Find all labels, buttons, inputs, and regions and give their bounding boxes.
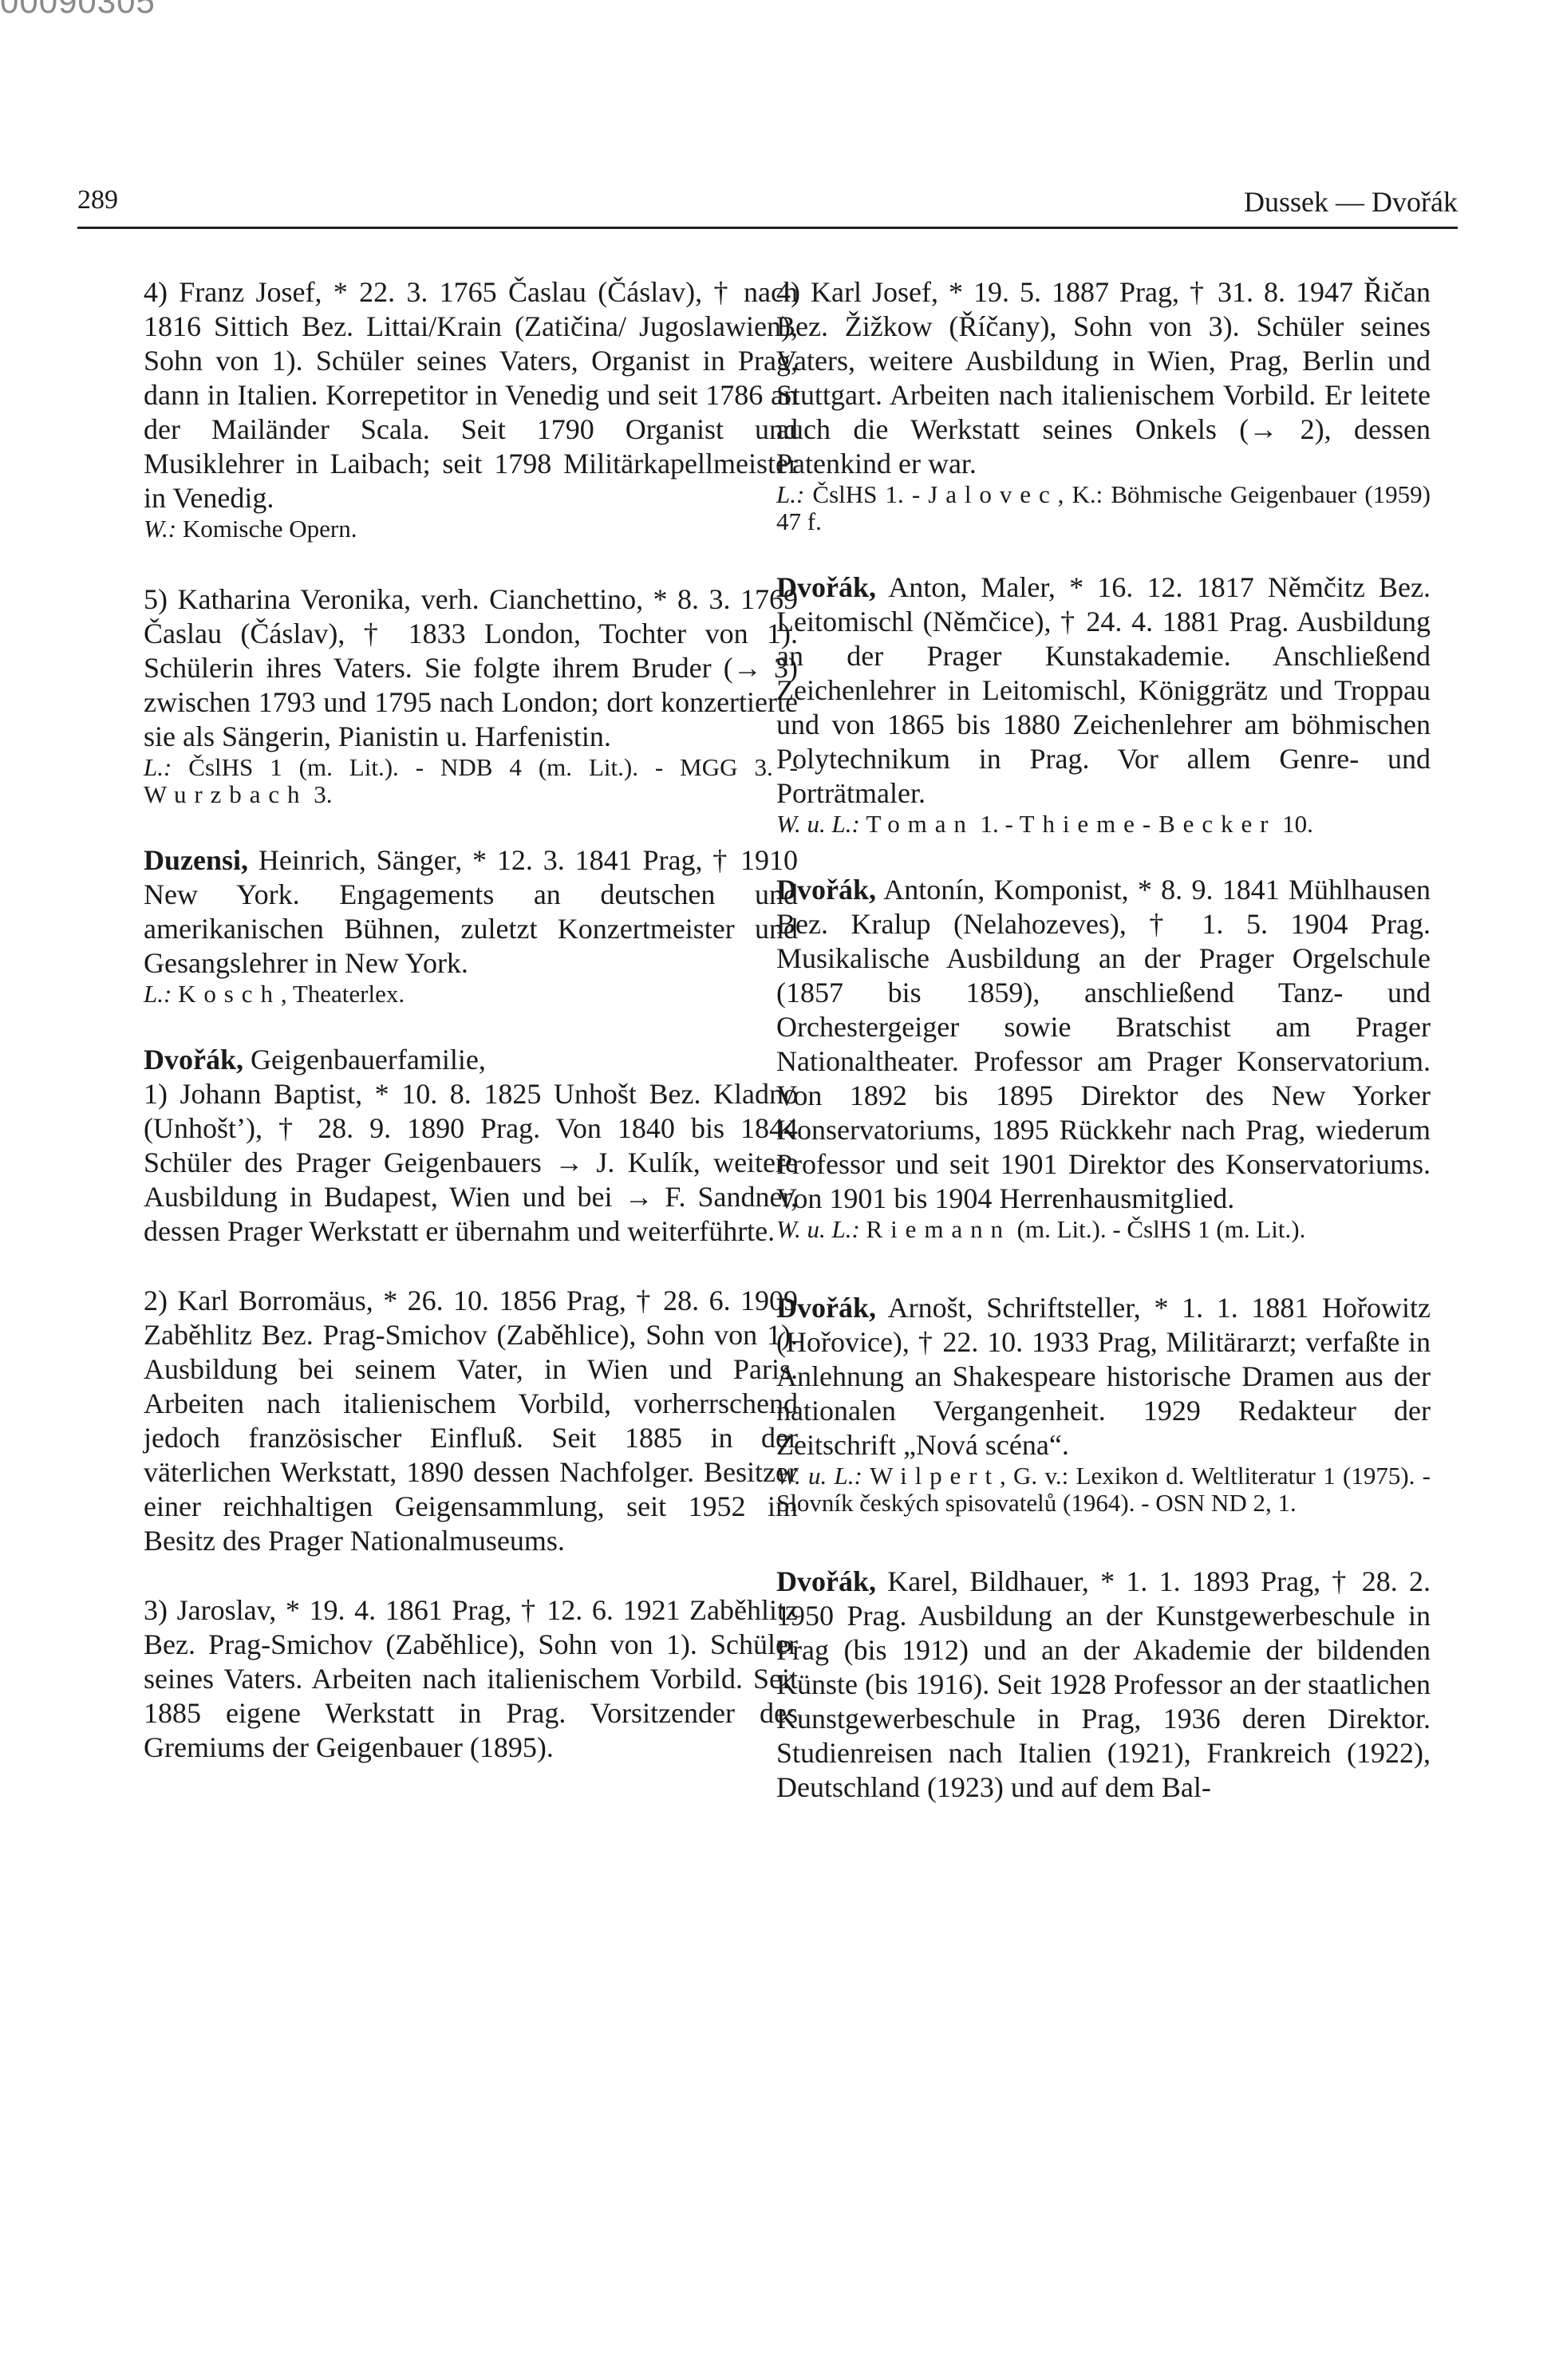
entry-jaroslav: 3) Jaroslav, * 19. 4. 1861 Prag, † 12. 6… <box>144 1593 798 1765</box>
entry-references: W. u. L.: Wilpert, G. v.: Lexikon d. Wel… <box>776 1462 1431 1517</box>
entry-text: 1) Johann Baptist, * 10. 8. 1825 Unhošt … <box>144 1077 798 1249</box>
entry-references: L.: Kosch, Theaterlex. <box>144 981 798 1008</box>
entry-text: Dvořák, Arnošt, Schriftsteller, * 1. 1. … <box>776 1291 1431 1462</box>
entry-references: W.: Komische Opern. <box>144 515 798 543</box>
right-column: 4) Karl Josef, * 19. 5. 1887 Prag, † 31.… <box>776 275 1431 1825</box>
entry-dvorak-family: Dvořák, Geigenbauerfamilie, 1) Johann Ba… <box>144 1043 798 1249</box>
entry-arnost-dvorak: Dvořák, Arnošt, Schriftsteller, * 1. 1. … <box>776 1291 1431 1517</box>
page-header: 289 Dussek — Dvořák <box>77 185 1458 229</box>
entry-references: W. u. L.: Riemann (m. Lit.). - ČslHS 1 (… <box>776 1216 1431 1243</box>
entry-anton-dvorak: Dvořák, Anton, Maler, * 16. 12. 1817 Něm… <box>776 570 1431 838</box>
entry-references: L.: ČslHS 1. - Jalovec, K.: Böhmische Ge… <box>776 481 1431 535</box>
entry-antonin-dvorak: Dvořák, Antonín, Komponist, * 8. 9. 1841… <box>776 873 1431 1243</box>
entry-karel-dvorak: Dvořák, Karel, Bildhauer, * 1. 1. 1893 P… <box>776 1565 1431 1805</box>
entry-text: 5) Katharina Veronika, verh. Cianchettin… <box>144 582 798 754</box>
entry-references: W. u. L.: Toman 1. - Thieme-Becker 10. <box>776 811 1431 838</box>
entry-katharina-veronika: 5) Katharina Veronika, verh. Cianchettin… <box>144 582 798 808</box>
left-column: 4) Franz Josef, * 22. 3. 1765 Časlau (Čá… <box>144 275 798 1786</box>
entry-karl-borromaeus: 2) Karl Borromäus, * 26. 10. 1856 Prag, … <box>144 1284 798 1558</box>
entry-karl-josef: 4) Karl Josef, * 19. 5. 1887 Prag, † 31.… <box>776 275 1431 535</box>
entry-text: Dvořák, Anton, Maler, * 16. 12. 1817 Něm… <box>776 570 1431 811</box>
entry-franz-josef: 4) Franz Josef, * 22. 3. 1765 Časlau (Čá… <box>144 275 798 543</box>
entry-text: Dvořák, Antonín, Komponist, * 8. 9. 1841… <box>776 873 1431 1216</box>
running-head: Dussek — Dvořák <box>1244 185 1458 219</box>
entry-headword: Dvořák, <box>776 1292 876 1324</box>
entry-references: L.: ČslHS 1 (m. Lit.). - NDB 4 (m. Lit.)… <box>144 754 798 808</box>
entry-headword: Dvořák, <box>776 874 876 906</box>
entry-headword: Dvořák, <box>776 1565 876 1597</box>
entry-headword: Dvořák, <box>776 571 876 603</box>
entry-text: Dvořák, Karel, Bildhauer, * 1. 1. 1893 P… <box>776 1565 1431 1805</box>
entry-text: 2) Karl Borromäus, * 26. 10. 1856 Prag, … <box>144 1284 798 1558</box>
entry-headword: Duzensi, <box>144 844 248 876</box>
entry-headword: Dvořák, <box>144 1044 243 1076</box>
entry-text: Duzensi, Heinrich, Sänger, * 12. 3. 1841… <box>144 843 798 981</box>
scan-watermark: 00090305 <box>0 0 156 21</box>
entry-text: 4) Karl Josef, * 19. 5. 1887 Prag, † 31.… <box>776 275 1431 481</box>
entry-text: 4) Franz Josef, * 22. 3. 1765 Časlau (Čá… <box>144 275 798 515</box>
entry-duzensi: Duzensi, Heinrich, Sänger, * 12. 3. 1841… <box>144 843 798 1008</box>
entry-text: 3) Jaroslav, * 19. 4. 1861 Prag, † 12. 6… <box>144 1593 798 1765</box>
page-number: 289 <box>77 185 118 215</box>
entry-heading: Dvořák, Geigenbauerfamilie, <box>144 1043 798 1077</box>
